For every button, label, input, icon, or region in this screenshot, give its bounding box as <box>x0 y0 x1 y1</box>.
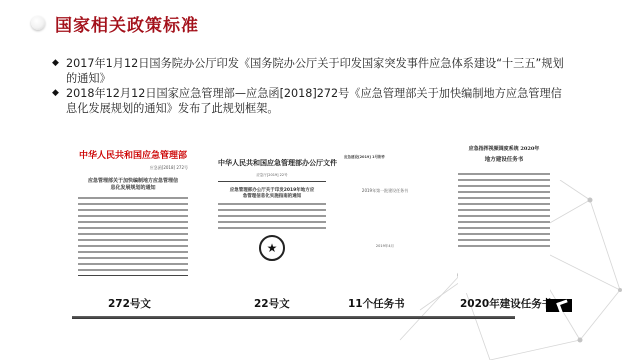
title-bullet-icon <box>31 16 45 30</box>
document-body <box>458 173 550 247</box>
slide-title: 国家相关政策标准 <box>55 11 199 36</box>
baseline-rule <box>72 316 515 319</box>
document-number: 应急厅[2019] 22号 <box>218 173 326 178</box>
diamond-bullet-icon: ◆ <box>52 86 59 101</box>
bullet-list: ◆ 2017年1月12日国务院办公厅印发《国务院办公厅关于印发国家突发事件应急体… <box>52 56 572 116</box>
caption-11-tasks: 11个任务书 <box>348 296 405 311</box>
caption-2020-task: 2020年建设任务书 <box>460 296 552 311</box>
document-272: 中华人民共和国应急管理部 应急函[2018] 272号 应急管理部关于加快编制地… <box>78 148 188 294</box>
document-number: 应急建设[2019] 1号附件 <box>344 155 426 160</box>
document-rule <box>218 181 326 182</box>
diamond-bullet-icon: ◆ <box>52 56 59 71</box>
document-header: 中华人民共和国应急管理部 <box>78 148 188 161</box>
bullet-item: ◆ 2017年1月12日国务院办公厅印发《国务院办公厅关于印发国家突发事件应急体… <box>52 56 572 86</box>
star-seal-icon: ★ <box>259 235 285 261</box>
cursor-icon <box>546 299 572 312</box>
slide: 国家相关政策标准 ◆ 2017年1月12日国务院办公厅印发《国务院办公厅关于印发… <box>0 0 640 360</box>
document-subject: 2019年第一批建设任务书 <box>344 188 426 194</box>
document-header: 应急指挥视频调度系统 2020年 <box>458 145 550 152</box>
document-subject: 应急管理部关于加快编制地方应急管理信息化发展规划的通知 <box>86 177 180 191</box>
caption-22: 22号文 <box>254 296 290 311</box>
bullet-text: 2017年1月12日国务院办公厅印发《国务院办公厅关于印发国家突发事件应急体系建… <box>66 57 564 85</box>
document-date: 2019年4月 <box>344 244 426 249</box>
bullet-text: 2018年12月12日国家应急管理部—应急函[2018]272号《应急管理部关于… <box>66 87 562 115</box>
document-11-tasks: 应急建设[2019] 1号附件 2019年第一批建设任务书 2019年4月 <box>344 155 426 290</box>
document-rule <box>78 275 188 276</box>
document-header: 中华人民共和国应急管理部办公厅文件 <box>218 158 326 168</box>
document-number: 应急函[2018] 272号 <box>78 165 188 171</box>
document-body <box>78 197 188 271</box>
bullet-item: ◆ 2018年12月12日国家应急管理部—应急函[2018]272号《应急管理部… <box>52 86 572 116</box>
document-22: 中华人民共和国应急管理部办公厅文件 应急厅[2019] 22号 应急管理部办公厅… <box>218 158 326 288</box>
document-body <box>218 203 326 229</box>
caption-272: 272号文 <box>108 296 151 311</box>
document-2020-task: 应急指挥视频调度系统 2020年 地方建设任务书 <box>458 145 550 293</box>
document-subject: 应急管理部办公厅关于印发2019年地方应急管理信息化实施指南的通知 <box>228 187 316 199</box>
document-subheader: 地方建设任务书 <box>458 155 550 163</box>
